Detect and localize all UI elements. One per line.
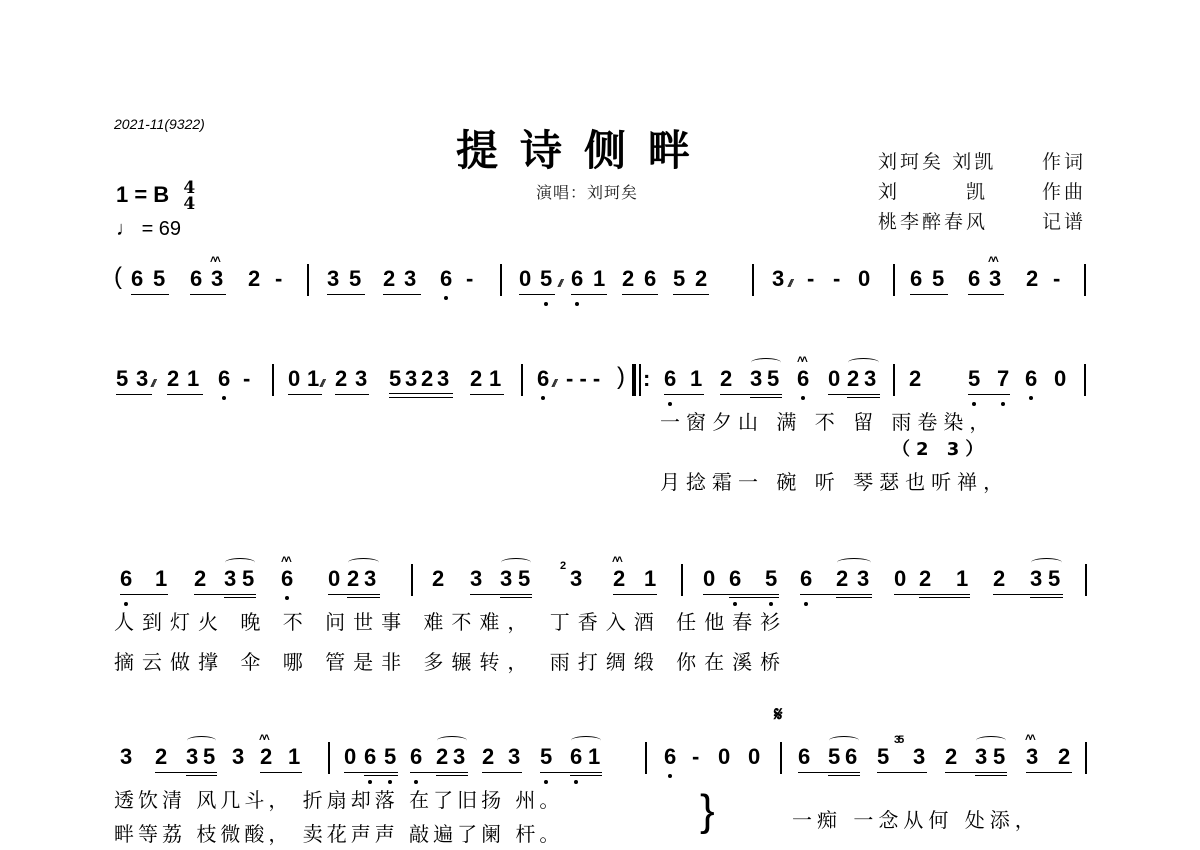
lyrics-verse-1: 透饮清 风几斗， 折扇却落 在了旧扬 州。 (114, 784, 563, 813)
lyrics-verse-1: 一窗夕山 满 不 留 雨卷染， (660, 406, 995, 435)
lyrics-verse-2: 摘云做撑 伞 哪 管是非 多辗转， 雨打绸缎 你在溪桥 (114, 646, 788, 675)
singer: 演唱：刘珂矣 (536, 180, 638, 203)
alternate-notes: （2 3） (892, 435, 989, 461)
score-line-2: 53/// 21 6- 01/// 23 5323 21 6/// - - -)… (0, 366, 1200, 426)
credits: 刘珂矣 刘凯作词 刘 凯作曲 桃李醉春风记谱 (878, 148, 1086, 238)
score-line-1: ( 65 63˄˄ 2- 35 23 6- 05/// 61 26 52 3//… (0, 266, 1200, 326)
tempo-marking: ♩ = 69 (116, 218, 181, 241)
credit-transcriber: 桃李醉春风记谱 (878, 208, 1086, 238)
score-line-4: 3 235 3 21˄˄ 065 623 23 561 6-00 𝄋 656 5… (0, 744, 1200, 804)
song-title: 提诗侧畔 (456, 118, 712, 178)
lyrics-verse-2: 月捻霜一 碗 听 琴瑟也听禅， (660, 466, 1009, 495)
credit-composer: 刘 凯作曲 (878, 178, 1086, 208)
lyrics-chorus: 一痴 一念从何 处添， (792, 804, 1040, 833)
credit-lyrics: 刘珂矣 刘凯作词 (878, 148, 1086, 178)
segno-icon: 𝄋 (774, 704, 783, 727)
key-signature: 1 = B 44 (116, 180, 195, 212)
lyrics-verse-2: 畔等荔 枝微酸， 卖花声声 敲遍了阑 杆。 (114, 818, 563, 847)
score-line-3: 61 235 6˄˄ 023 2 335 23 21˄˄ 065 623 021… (0, 566, 1200, 626)
verse-brace: } (700, 786, 715, 836)
score-code: 2021-11(9322) (114, 116, 205, 132)
lyrics-verse-1: 人到灯火 晚 不 问世事 难不难， 丁香入酒 任他春衫 (114, 606, 788, 635)
quarter-note-icon: ♩ (116, 218, 136, 240)
time-signature: 44 (183, 180, 195, 212)
